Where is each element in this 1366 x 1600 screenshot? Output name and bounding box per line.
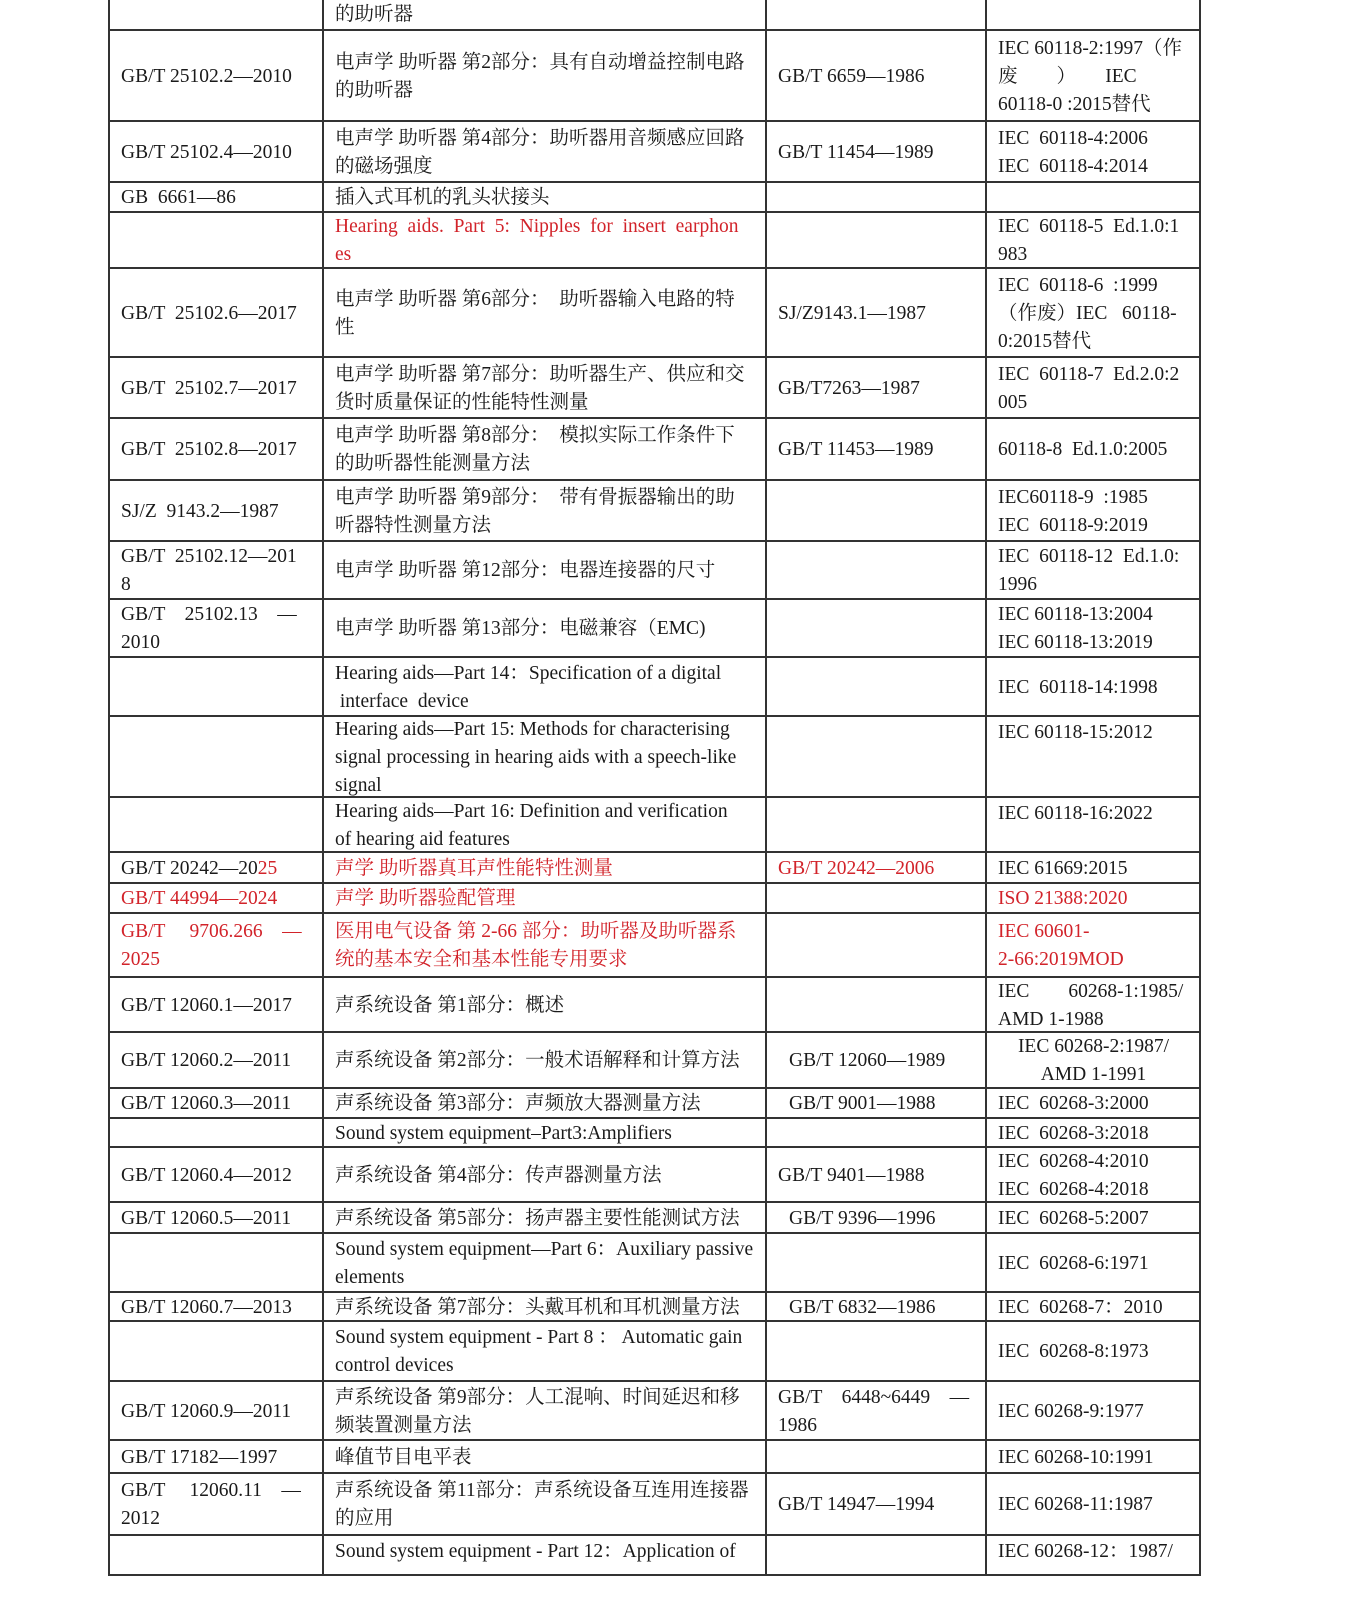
international-standard-cell: IEC 60268-1:1985/AMD 1-1988 xyxy=(985,978,1201,1031)
cell-text-line: IEC 60118-14:1998 xyxy=(998,674,1189,702)
cell-text-line: IEC 60118-6 :1999 xyxy=(998,272,1189,300)
cell-text-line: GB 6661—86 xyxy=(121,184,312,212)
replaced-standard-cell: GB/T 9396—1996 xyxy=(765,1203,985,1232)
standard-title-cell: 声系统设备 第7部分：头戴耳机和耳机测量方法 xyxy=(322,1293,765,1320)
replaced-standard-cell: GB/T 11454—1989 xyxy=(765,122,985,181)
cell-text-line: GB/T 25102.12—201 xyxy=(121,543,312,571)
table-row: GB/T 12060.7—2013声系统设备 第7部分：头戴耳机和耳机测量方法G… xyxy=(108,1293,1201,1322)
international-standard-cell: IEC 60118-14:1998 xyxy=(985,658,1201,715)
standard-title-cell: Hearing aids—Part 14：Specification of a … xyxy=(322,658,765,715)
standard-number-cell: GB/T 12060.5—2011 xyxy=(108,1203,322,1232)
cell-text-line: GB/T 25102.2—2010 xyxy=(121,63,312,91)
table-row: GB/T 25102.7—2017电声学 助听器 第7部分：助听器生产、供应和交… xyxy=(108,358,1201,419)
cell-text-line: GB/T 9396—1996 xyxy=(789,1205,975,1233)
standard-number-cell: GB/T 12060.3—2011 xyxy=(108,1089,322,1117)
table-row: GB 6661—86插入式耳机的乳头状接头 xyxy=(108,183,1201,213)
cell-text-line: 医用电气设备 第 2-66 部分：助听器及助听器系 xyxy=(335,918,755,946)
standard-number-cell: GB/T 25102.4—2010 xyxy=(108,122,322,181)
standard-number-part: GB/T 20242—20 xyxy=(121,858,258,879)
cell-text-line: GB/T 9401—1988 xyxy=(778,1162,975,1190)
cell-text-line: SJ/Z9143.1—1987 xyxy=(778,300,975,328)
replaced-standard-cell: GB/T 9401—1988 xyxy=(765,1148,985,1201)
cell-text-line: AMD 1-1991 xyxy=(998,1061,1189,1089)
cell-text-line: IEC 60118-2:1997（作 xyxy=(998,35,1189,63)
cell-text-line: 电声学 助听器 第6部分： 助听器输入电路的特 xyxy=(335,286,755,314)
standard-title-cell: Sound system equipment - Part 12：Applica… xyxy=(322,1536,765,1574)
cell-text-line: 听器特性测量方法 xyxy=(335,512,755,540)
standard-title-cell: 电声学 助听器 第12部分：电器连接器的尺寸 xyxy=(322,542,765,598)
cell-text-line: 005 xyxy=(998,389,1189,417)
cell-text-line: IEC60118-9 :1985 xyxy=(998,484,1189,512)
international-standard-cell xyxy=(985,183,1201,211)
table-row: Sound system equipment–Part3:AmplifiersI… xyxy=(108,1119,1201,1148)
cell-text-line: IEC 60268-4:2010 xyxy=(998,1148,1189,1176)
replaced-standard-cell xyxy=(765,213,985,267)
cell-text-line: IEC 60118-7 Ed.2.0:2 xyxy=(998,361,1189,389)
table-row: Hearing aids—Part 15: Methods for charac… xyxy=(108,717,1201,798)
table-row: Hearing aids—Part 16: Definition and ver… xyxy=(108,798,1201,853)
replaced-standard-cell xyxy=(765,1119,985,1146)
replaced-standard-cell: GB/T 6448~6449 —1986 xyxy=(765,1382,985,1439)
standard-number-cell xyxy=(108,1322,322,1380)
international-standard-cell: IEC 60268-3:2000 xyxy=(985,1089,1201,1117)
cell-text-line: elements xyxy=(335,1264,755,1292)
standard-title-cell: 声系统设备 第4部分：传声器测量方法 xyxy=(322,1148,765,1201)
replaced-standard-cell xyxy=(765,0,985,29)
standard-title-cell: 电声学 助听器 第2部分：具有自动增益控制电路的助听器 xyxy=(322,31,765,120)
replaced-standard-cell: SJ/Z9143.1—1987 xyxy=(765,269,985,356)
cell-text-line: 货时质量保证的性能特性测量 xyxy=(335,389,755,417)
international-standard-cell: 60118-8 Ed.1.0:2005 xyxy=(985,419,1201,479)
standard-number-cell: GB 6661—86 xyxy=(108,183,322,211)
replaced-standard-cell xyxy=(765,1322,985,1380)
cell-text-line: （作废）IEC 60118- xyxy=(998,300,1189,328)
cell-text-line: Hearing aids—Part 16: Definition and ver… xyxy=(335,798,755,826)
cell-text-line: 性 xyxy=(335,314,755,342)
cell-text-line: IEC 60268-8:1973 xyxy=(998,1338,1189,1366)
replaced-standard-cell xyxy=(765,1234,985,1291)
replaced-standard-cell xyxy=(765,1441,985,1472)
standard-number-cell: GB/T 12060.9—2011 xyxy=(108,1382,322,1439)
cell-text-line: 声系统设备 第9部分：人工混响、时间延迟和移 xyxy=(335,1384,755,1412)
table-row: GB/T 12060.2—2011声系统设备 第2部分：一般术语解释和计算方法G… xyxy=(108,1033,1201,1089)
cell-text-line: 声系统设备 第11部分：声系统设备互连用连接器 xyxy=(335,1477,755,1505)
table-row: GB/T 25102.2—2010电声学 助听器 第2部分：具有自动增益控制电路… xyxy=(108,31,1201,122)
cell-text-line: GB/T 6659—1986 xyxy=(778,63,975,91)
cell-text-line: 电声学 助听器 第2部分：具有自动增益控制电路 xyxy=(335,49,755,77)
replaced-standard-cell xyxy=(765,183,985,211)
cell-text-line: 电声学 助听器 第4部分：助听器用音频感应回路 xyxy=(335,125,755,153)
replaced-standard-cell: GB/T 20242—2006 xyxy=(765,853,985,882)
cell-text-line: IEC 60118-13:2004 xyxy=(998,601,1189,629)
cell-text-line: IEC 60268-6:1971 xyxy=(998,1250,1189,1278)
cell-text-line: GB/T 12060.9—2011 xyxy=(121,1398,312,1426)
table-row: GB/T 17182—1997峰值节目电平表IEC 60268-10:1991 xyxy=(108,1441,1201,1474)
cell-text-line: GB/T 17182—1997 xyxy=(121,1444,312,1472)
standard-number-cell: GB/T 25102.2—2010 xyxy=(108,31,322,120)
standard-title-cell: 电声学 助听器 第4部分：助听器用音频感应回路的磁场强度 xyxy=(322,122,765,181)
cell-text-line: IEC 60118-9:2019 xyxy=(998,512,1189,540)
cell-text-line: 声学 助听器验配管理 xyxy=(335,885,755,913)
standard-title-cell: 电声学 助听器 第13部分：电磁兼容（EMC) xyxy=(322,600,765,656)
cell-text-line: GB/T 11453—1989 xyxy=(778,436,975,464)
cell-text-line: Sound system equipment - Part 8 ： Automa… xyxy=(335,1324,755,1352)
cell-text-line: IEC 60601- xyxy=(998,918,1189,946)
cell-text-line: 频装置测量方法 xyxy=(335,1412,755,1440)
cell-text-line: 60118-8 Ed.1.0:2005 xyxy=(998,436,1189,464)
replaced-standard-cell: GB/T 11453—1989 xyxy=(765,419,985,479)
cell-text-line: 电声学 助听器 第9部分： 带有骨振器输出的助 xyxy=(335,484,755,512)
cell-text-line: es xyxy=(335,241,755,269)
cell-text-line: GB/T 12060.5—2011 xyxy=(121,1205,312,1233)
cell-text-line: 2-66:2019MOD xyxy=(998,946,1189,974)
cell-text-line: IEC 60268-10:1991 xyxy=(998,1444,1189,1472)
international-standard-cell: IEC 60601-2-66:2019MOD xyxy=(985,914,1201,976)
international-standard-cell: IEC 60268-4:2010IEC 60268-4:2018 xyxy=(985,1148,1201,1201)
international-standard-cell: IEC 60268-7：2010 xyxy=(985,1293,1201,1320)
standard-number-cell: GB/T 25102.6—2017 xyxy=(108,269,322,356)
international-standard-cell: IEC 60268-9:1977 xyxy=(985,1382,1201,1439)
cell-text-line: 的助听器 xyxy=(335,1,755,29)
international-standard-cell: IEC 61669:2015 xyxy=(985,853,1201,882)
cell-text-line: GB/T 6448~6449 — xyxy=(778,1384,975,1412)
international-standard-cell: IEC60118-9 :1985IEC 60118-9:2019 xyxy=(985,481,1201,540)
standard-number-cell: GB/T 12060.1—2017 xyxy=(108,978,322,1031)
cell-text-line: 983 xyxy=(998,241,1189,269)
standard-number-cell: GB/T 17182—1997 xyxy=(108,1441,322,1472)
replaced-standard-cell: GB/T 9001—1988 xyxy=(765,1089,985,1117)
cell-text-line: IEC 60118-4:2006 xyxy=(998,125,1189,153)
replaced-standard-cell xyxy=(765,1536,985,1574)
table-row: Sound system equipment - Part 8 ： Automa… xyxy=(108,1322,1201,1382)
standard-number-cell xyxy=(108,1536,322,1574)
standard-number-cell xyxy=(108,213,322,267)
cell-text-line: control devices xyxy=(335,1352,755,1380)
table-row: Sound system equipment—Part 6：Auxiliary … xyxy=(108,1234,1201,1293)
cell-text-line: IEC 60268-7：2010 xyxy=(998,1294,1189,1322)
standard-number-cell: GB/T 12060.11 —2012 xyxy=(108,1474,322,1534)
cell-text-line: Sound system equipment—Part 6：Auxiliary … xyxy=(335,1236,755,1264)
cell-text-line: signal processing in hearing aids with a… xyxy=(335,744,755,772)
international-standard-cell: ISO 21388:2020 xyxy=(985,884,1201,912)
table-row: GB/T 12060.5—2011声系统设备 第5部分：扬声器主要性能测试方法G… xyxy=(108,1203,1201,1234)
standard-number-cell xyxy=(108,1119,322,1146)
international-standard-cell: IEC 60268-10:1991 xyxy=(985,1441,1201,1472)
cell-text-line: GB/T 12060.3—2011 xyxy=(121,1090,312,1118)
cell-text-line: IEC 60268-12：1987/ xyxy=(998,1538,1189,1566)
cell-text-line: 的助听器 xyxy=(335,77,755,105)
cell-text-line: 的助听器性能测量方法 xyxy=(335,450,755,478)
standard-title-cell: Hearing aids—Part 15: Methods for charac… xyxy=(322,717,765,796)
cell-text-line: GB/T 12060.7—2013 xyxy=(121,1294,312,1322)
cell-text-line: GB/T 9706.266 — xyxy=(121,918,312,946)
cell-text-line: 0:2015替代 xyxy=(998,328,1189,356)
cell-text-line: GB/T 25102.6—2017 xyxy=(121,300,312,328)
cell-text-line: IEC 60268-9:1977 xyxy=(998,1398,1189,1426)
standard-title-cell: 电声学 助听器 第6部分： 助听器输入电路的特性 xyxy=(322,269,765,356)
cell-text-line: Hearing aids—Part 14：Specification of a … xyxy=(335,660,755,688)
standard-title-cell: 声系统设备 第9部分：人工混响、时间延迟和移频装置测量方法 xyxy=(322,1382,765,1439)
standard-number-cell: GB/T 44994—2024 xyxy=(108,884,322,912)
standard-title-cell: 声系统设备 第11部分：声系统设备互连用连接器的应用 xyxy=(322,1474,765,1534)
cell-text-line: 1996 xyxy=(998,571,1189,599)
table-row: Hearing aids. Part 5: Nipples for insert… xyxy=(108,213,1201,269)
cell-text-line: AMD 1-1988 xyxy=(998,1006,1189,1034)
cell-text-line: of hearing aid features xyxy=(335,826,755,854)
cell-text-line: 60118-0 :2015替代 xyxy=(998,91,1189,119)
cell-text-line: Sound system equipment–Part3:Amplifiers xyxy=(335,1120,755,1148)
replaced-standard-cell xyxy=(765,481,985,540)
cell-text-line: GB/T 25102.13 — xyxy=(121,601,312,629)
cell-text-line: 声系统设备 第4部分：传声器测量方法 xyxy=(335,1162,755,1190)
replaced-standard-cell xyxy=(765,542,985,598)
table-row: GB/T 25102.12—2018电声学 助听器 第12部分：电器连接器的尺寸… xyxy=(108,542,1201,600)
cell-text-line: GB/T 25102.4—2010 xyxy=(121,139,312,167)
standard-title-cell: 的助听器 xyxy=(322,0,765,29)
standard-number-cell: GB/T 9706.266 —2025 xyxy=(108,914,322,976)
cell-text-line: 统的基本安全和基本性能专用要求 xyxy=(335,946,755,974)
standard-title-cell: 电声学 助听器 第9部分： 带有骨振器输出的助听器特性测量方法 xyxy=(322,481,765,540)
international-standard-cell xyxy=(985,0,1201,29)
cell-text-line: IEC 60268-3:2018 xyxy=(998,1120,1189,1148)
replaced-standard-cell xyxy=(765,978,985,1031)
standard-title-cell: Hearing aids—Part 16: Definition and ver… xyxy=(322,798,765,851)
standard-title-cell: Sound system equipment - Part 8 ： Automa… xyxy=(322,1322,765,1380)
standard-number-cell xyxy=(108,717,322,796)
table-row: GB/T 25102.8—2017电声学 助听器 第8部分： 模拟实际工作条件下… xyxy=(108,419,1201,481)
cell-text-line: IEC 60118-12 Ed.1.0: xyxy=(998,543,1189,571)
cell-text-line: 1986 xyxy=(778,1412,975,1440)
cell-text-line: 电声学 助听器 第8部分： 模拟实际工作条件下 xyxy=(335,422,755,450)
table-row: GB/T 25102.6—2017电声学 助听器 第6部分： 助听器输入电路的特… xyxy=(108,269,1201,358)
cell-text-line: 声系统设备 第5部分：扬声器主要性能测试方法 xyxy=(335,1205,755,1233)
standard-title-cell: 声系统设备 第2部分：一般术语解释和计算方法 xyxy=(322,1033,765,1087)
standard-title-cell: 插入式耳机的乳头状接头 xyxy=(322,183,765,211)
table-row: GB/T 25102.13 —2010电声学 助听器 第13部分：电磁兼容（EM… xyxy=(108,600,1201,658)
replaced-standard-cell: GB/T7263—1987 xyxy=(765,358,985,417)
cell-text-line: 废 ） IEC xyxy=(998,63,1189,91)
cell-text-line: GB/T 12060—1989 xyxy=(789,1047,975,1075)
table-row: SJ/Z 9143.2—1987电声学 助听器 第9部分： 带有骨振器输出的助听… xyxy=(108,481,1201,542)
cell-text-line: Sound system equipment - Part 12：Applica… xyxy=(335,1538,755,1566)
cell-text-line: 声系统设备 第7部分：头戴耳机和耳机测量方法 xyxy=(335,1294,755,1322)
standard-number-cell: GB/T 25102.8—2017 xyxy=(108,419,322,479)
standard-number-cell xyxy=(108,798,322,851)
cell-text-line: GB/T 14947—1994 xyxy=(778,1491,975,1519)
international-standard-cell: IEC 60268-3:2018 xyxy=(985,1119,1201,1146)
standard-number-cell: GB/T 12060.4—2012 xyxy=(108,1148,322,1201)
standard-title-cell: 医用电气设备 第 2-66 部分：助听器及助听器系统的基本安全和基本性能专用要求 xyxy=(322,914,765,976)
replaced-standard-cell: GB/T 6832—1986 xyxy=(765,1293,985,1320)
standard-number-cell: GB/T 25102.13 —2010 xyxy=(108,600,322,656)
standard-title-cell: 声系统设备 第5部分：扬声器主要性能测试方法 xyxy=(322,1203,765,1232)
cell-text-line: 2012 xyxy=(121,1505,312,1533)
cell-text-line: 电声学 助听器 第7部分：助听器生产、供应和交 xyxy=(335,361,755,389)
cell-text-line: 声学 助听器真耳声性能特性测量 xyxy=(335,855,755,883)
standard-title-cell: Sound system equipment—Part 6：Auxiliary … xyxy=(322,1234,765,1291)
international-standard-cell: IEC 60118-4:2006IEC 60118-4:2014 xyxy=(985,122,1201,181)
cell-text-line: IEC 60118-13:2019 xyxy=(998,629,1189,657)
international-standard-cell: IEC 60268-5:2007 xyxy=(985,1203,1201,1232)
standard-number-cell xyxy=(108,1234,322,1291)
standard-title-cell: 电声学 助听器 第8部分： 模拟实际工作条件下的助听器性能测量方法 xyxy=(322,419,765,479)
table-row: GB/T 25102.4—2010电声学 助听器 第4部分：助听器用音频感应回路… xyxy=(108,122,1201,183)
replaced-standard-cell xyxy=(765,717,985,796)
cell-text-line: signal xyxy=(335,772,755,800)
table-row: GB/T 12060.1—2017声系统设备 第1部分：概述IEC 60268-… xyxy=(108,978,1201,1033)
standard-number-cell: GB/T 12060.7—2013 xyxy=(108,1293,322,1320)
replaced-standard-cell xyxy=(765,798,985,851)
cell-text-line: 电声学 助听器 第12部分：电器连接器的尺寸 xyxy=(335,557,755,585)
cell-text-line: 2025 xyxy=(121,946,312,974)
cell-text-line: GB/T 12060.2—2011 xyxy=(121,1047,312,1075)
table-row: Hearing aids—Part 14：Specification of a … xyxy=(108,658,1201,717)
cell-text-line: GB/T 20242—2025 xyxy=(121,855,312,883)
standard-number-cell: GB/T 12060.2—2011 xyxy=(108,1033,322,1087)
international-standard-cell: IEC 60268-6:1971 xyxy=(985,1234,1201,1291)
cell-text-line: GB/T 25102.7—2017 xyxy=(121,375,312,403)
cell-text-line: IEC 60268-3:2000 xyxy=(998,1090,1189,1118)
cell-text-line: GB/T 9001—1988 xyxy=(789,1090,975,1118)
cell-text-line: GB/T 44994—2024 xyxy=(121,885,312,913)
table-row: GB/T 44994—2024声学 助听器验配管理ISO 21388:2020 xyxy=(108,884,1201,914)
international-standard-cell: IEC 60118-15:2012 xyxy=(985,717,1201,796)
table-row: GB/T 12060.9—2011声系统设备 第9部分：人工混响、时间延迟和移频… xyxy=(108,1382,1201,1441)
table-row: 的助听器 xyxy=(108,0,1201,31)
standard-title-cell: 声系统设备 第3部分：声频放大器测量方法 xyxy=(322,1089,765,1117)
table-row: Sound system equipment - Part 12：Applica… xyxy=(108,1536,1201,1576)
cell-text-line: IEC 60268-2:1987/ xyxy=(998,1033,1189,1061)
cell-text-line: IEC 60268-11:1987 xyxy=(998,1491,1189,1519)
replaced-standard-cell xyxy=(765,658,985,715)
cell-text-line: 声系统设备 第1部分：概述 xyxy=(335,992,755,1020)
standard-title-cell: 峰值节目电平表 xyxy=(322,1441,765,1472)
cell-text-line: IEC 60118-16:2022 xyxy=(998,800,1189,828)
cell-text-line: GB/T 6832—1986 xyxy=(789,1294,975,1322)
international-standard-cell: IEC 60118-2:1997（作废 ） IEC60118-0 :2015替代 xyxy=(985,31,1201,120)
table-row: GB/T 9706.266 —2025医用电气设备 第 2-66 部分：助听器及… xyxy=(108,914,1201,978)
standard-number-cell xyxy=(108,658,322,715)
cell-text-line: 8 xyxy=(121,571,312,599)
cell-text-line: 声系统设备 第3部分：声频放大器测量方法 xyxy=(335,1090,755,1118)
cell-text-line: 插入式耳机的乳头状接头 xyxy=(335,184,755,212)
table-row: GB/T 20242—2025声学 助听器真耳声性能特性测量GB/T 20242… xyxy=(108,853,1201,884)
cell-text-line: IEC 60268-4:2018 xyxy=(998,1176,1189,1204)
international-standard-cell: IEC 60118-13:2004IEC 60118-13:2019 xyxy=(985,600,1201,656)
cell-text-line: 的应用 xyxy=(335,1505,755,1533)
replaced-standard-cell xyxy=(765,600,985,656)
cell-text-line: GB/T 12060.4—2012 xyxy=(121,1162,312,1190)
standard-number-cell: GB/T 20242—2025 xyxy=(108,853,322,882)
international-standard-cell: IEC 60268-2:1987/AMD 1-1991 xyxy=(985,1033,1201,1087)
cell-text-line: 电声学 助听器 第13部分：电磁兼容（EMC) xyxy=(335,615,755,643)
replaced-standard-cell: GB/T 12060—1989 xyxy=(765,1033,985,1087)
standard-number-cell: GB/T 25102.7—2017 xyxy=(108,358,322,417)
cell-text-line: Hearing aids. Part 5: Nipples for insert… xyxy=(335,213,755,241)
cell-text-line: GB/T 25102.8—2017 xyxy=(121,436,312,464)
cell-text-line: interface device xyxy=(335,688,755,716)
cell-text-line: ISO 21388:2020 xyxy=(998,885,1189,913)
table-row: GB/T 12060.3—2011声系统设备 第3部分：声频放大器测量方法GB/… xyxy=(108,1089,1201,1119)
table-row: GB/T 12060.4—2012声系统设备 第4部分：传声器测量方法GB/T … xyxy=(108,1148,1201,1203)
cell-text-line: 的磁场强度 xyxy=(335,153,755,181)
cell-text-line: IEC 60118-5 Ed.1.0:1 xyxy=(998,213,1189,241)
cell-text-line: IEC 60268-1:1985/ xyxy=(998,978,1189,1006)
standard-title-cell: Sound system equipment–Part3:Amplifiers xyxy=(322,1119,765,1146)
cell-text-line: IEC 61669:2015 xyxy=(998,855,1189,883)
replaced-standard-cell: GB/T 6659—1986 xyxy=(765,31,985,120)
international-standard-cell: IEC 60118-16:2022 xyxy=(985,798,1201,851)
international-standard-cell: IEC 60118-12 Ed.1.0:1996 xyxy=(985,542,1201,598)
cell-text-line: IEC 60268-5:2007 xyxy=(998,1205,1189,1233)
cell-text-line: 峰值节目电平表 xyxy=(335,1444,755,1472)
table-row: GB/T 12060.11 —2012声系统设备 第11部分：声系统设备互连用连… xyxy=(108,1474,1201,1536)
international-standard-cell: IEC 60268-12：1987/ xyxy=(985,1536,1201,1574)
cell-text-line: GB/T7263—1987 xyxy=(778,375,975,403)
cell-text-line: GB/T 20242—2006 xyxy=(778,855,975,883)
international-standard-cell: IEC 60268-11:1987 xyxy=(985,1474,1201,1534)
international-standard-cell: IEC 60118-5 Ed.1.0:1983 xyxy=(985,213,1201,267)
standard-title-cell: 电声学 助听器 第7部分：助听器生产、供应和交货时质量保证的性能特性测量 xyxy=(322,358,765,417)
standard-number-cell: GB/T 25102.12—2018 xyxy=(108,542,322,598)
replaced-standard-cell: GB/T 14947—1994 xyxy=(765,1474,985,1534)
cell-text-line: 声系统设备 第2部分：一般术语解释和计算方法 xyxy=(335,1047,755,1075)
cell-text-line: GB/T 12060.11 — xyxy=(121,1477,312,1505)
cell-text-line: Hearing aids—Part 15: Methods for charac… xyxy=(335,716,755,744)
international-standard-cell: IEC 60118-6 :1999（作废）IEC 60118-0:2015替代 xyxy=(985,269,1201,356)
standard-title-cell: 声学 助听器真耳声性能特性测量 xyxy=(322,853,765,882)
cell-text-line: IEC 60118-15:2012 xyxy=(998,719,1189,747)
standard-title-cell: 声学 助听器验配管理 xyxy=(322,884,765,912)
replaced-standard-cell xyxy=(765,914,985,976)
cell-text-line: 2010 xyxy=(121,629,312,657)
standard-number-cell xyxy=(108,0,322,29)
cell-text-line: GB/T 12060.1—2017 xyxy=(121,992,312,1020)
standard-number-changed-part: 25 xyxy=(258,858,278,879)
standard-number-cell: SJ/Z 9143.2—1987 xyxy=(108,481,322,540)
standard-title-cell: Hearing aids. Part 5: Nipples for insert… xyxy=(322,213,765,267)
international-standard-cell: IEC 60268-8:1973 xyxy=(985,1322,1201,1380)
international-standard-cell: IEC 60118-7 Ed.2.0:2005 xyxy=(985,358,1201,417)
cell-text-line: SJ/Z 9143.2—1987 xyxy=(121,498,312,526)
cell-text-line: IEC 60118-4:2014 xyxy=(998,153,1189,181)
standard-title-cell: 声系统设备 第1部分：概述 xyxy=(322,978,765,1031)
cell-text-line: GB/T 11454—1989 xyxy=(778,139,975,167)
replaced-standard-cell xyxy=(765,884,985,912)
